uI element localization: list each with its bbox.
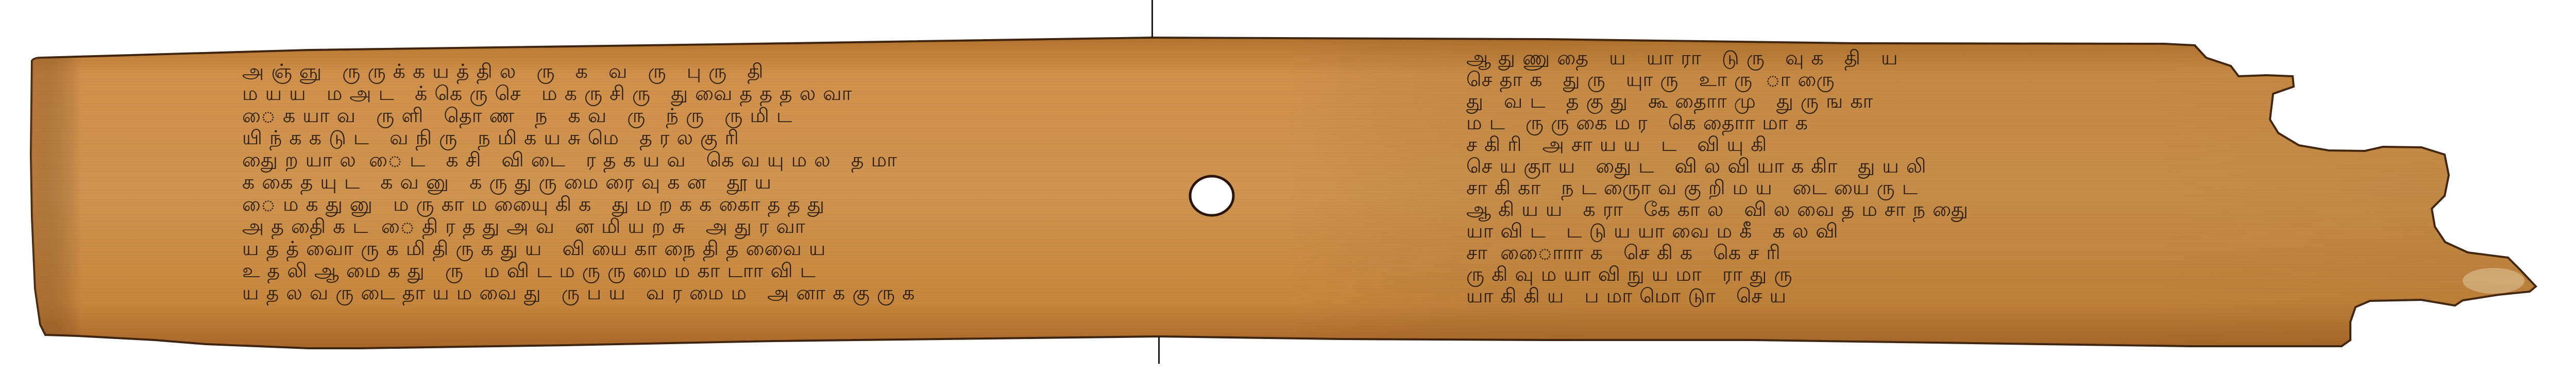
text-line: செதாக துரு யுாரு உாரு ாருை [1466,69,1842,90]
text-line: மயய மஅட க்கெருசெ மகருசிரு துவைதததலவா [242,83,859,104]
text-line: து வட தகுது கூதாைாமு துருஙகா [1466,91,1880,111]
text-line: யிந்ககடுட வநிரு நமிகயசுமெ தரலகுரி [242,127,746,148]
text-line: ஆதுணுதை ய யாரா டுரு வுக தி ய [1466,47,1905,68]
text-line: துைறயால ைட கசி விடை ரதகயவ கெவயுமல தமா [242,149,904,170]
text-line: சா ாைாைாக செகிக கெசரி [1466,242,1788,263]
text-line: ஆகியய கரா கேகால விலவைதமசாநதுை [1466,199,1975,219]
text-line: அஞ்ஞு ருருக்கயத்தில ரு க வ ரு புரு தி [242,61,771,81]
text-line: செயகுாய துைட விலவியாககிா துயலி [1466,156,1934,176]
text-line: யதத்வாைருகமிதிருகதுய வியைகாநைதிதவைைய [242,238,833,259]
text-line: மட ருருகைமர கெதாைாமாக [1466,112,1815,133]
text-line: ைகயாவ ருளி தொண ந கவ ரு ந்ரு ருமிட [242,105,799,126]
text-line: உதலிஆமைகது ரு மவிடமருருமைமகாடாாவிட [242,260,823,281]
bottom-guide-mark [1158,336,1160,364]
text-line: சாகிகா நடருைாவகுறிமய டையைருட [1466,177,1925,198]
left-text-block: அஞ்ஞு ருருக்கயத்தில ரு க வ ரு புரு தி மய… [242,61,1149,339]
text-line: ருகிவுமயாவிநுயமா ராதுரு [1466,264,1800,284]
text-line: யாவிட டடுயயாவைமகீ கலவி [1466,221,1845,241]
text-line: சகிரி அசாயய ட வியுகி [1466,134,1774,155]
string-hole [1190,176,1233,215]
top-guide-mark [1151,0,1153,38]
text-line: யாகிகிய பமாமொடுா செய [1466,285,1793,306]
text-line: யதலவருடைதாயமவைது ருபய வரமைம அனாககுருக [242,282,922,303]
text-line: அததிைகட ைதிரததுஅவ னமியறசு அதுரவா [242,216,812,236]
text-line: ககைதயுட கவனு கருதுருமைரைவுகன தூய [242,172,778,192]
text-line: ைமகதுனு மருகாமயுைைகிக துமறகககைாததது [242,194,832,214]
